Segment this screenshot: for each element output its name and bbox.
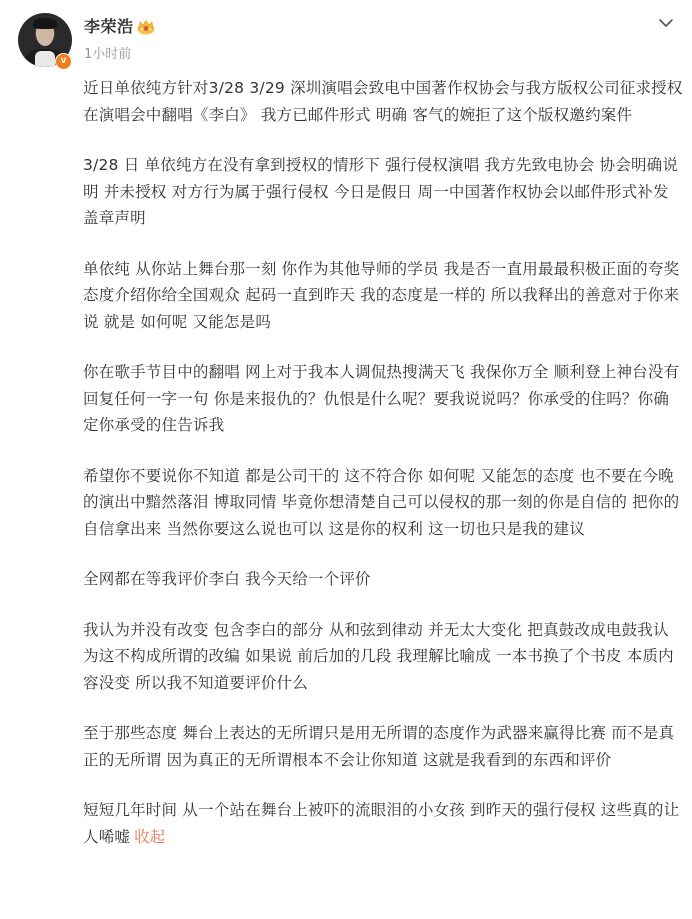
post-paragraph-1: 近日单依纯方针对3/28 3/29 深圳演唱会致电中国著作权协会与我方版权公司征…	[83, 75, 683, 128]
avatar-shirt	[35, 51, 55, 67]
author-name[interactable]: 李荣浩	[84, 16, 134, 38]
post-paragraph-6: 全网都在等我评价李白 我今天给一个评价	[83, 566, 683, 593]
post-paragraph-9-text: 短短几年时间 从一个站在舞台上被吓的流眼泪的小女孩 到昨天的强行侵权 这些真的让…	[83, 801, 679, 846]
post-paragraph-5: 希望你不要说你不知道 都是公司干的 这不符合你 如何呢 又能怎的态度 也不要在今…	[83, 463, 683, 543]
post-timestamp: 1小时前	[84, 46, 131, 64]
crown-icon	[136, 19, 156, 35]
post-paragraph-2: 3/28 日 单依纯方在没有拿到授权的情形下 强行侵权演唱 我方先致电协会 协会…	[83, 152, 683, 232]
avatar-hair	[33, 18, 57, 29]
verified-v-icon: v	[55, 53, 72, 70]
post-header: v 李荣浩 1小时前	[0, 0, 692, 75]
post-paragraph-7: 我认为并没有改变 包含李白的部分 从和弦到律动 并无太大变化 把真鼓改成电鼓我认…	[83, 617, 683, 697]
post-paragraph-8: 至于那些态度 舞台上表达的无所谓只是用无所谓的态度作为武器来赢得比赛 而不是真正…	[83, 720, 683, 773]
post-body: 近日单依纯方针对3/28 3/29 深圳演唱会致电中国著作权协会与我方版权公司征…	[83, 75, 683, 874]
post-paragraph-9: 短短几年时间 从一个站在舞台上被吓的流眼泪的小女孩 到昨天的强行侵权 这些真的让…	[83, 797, 683, 850]
post-paragraph-3: 单依纯 从你站上舞台那一刻 你作为其他导师的学员 我是否一直用最最积极正面的夸奖…	[83, 256, 683, 336]
collapse-link[interactable]: 收起	[134, 828, 165, 846]
post-paragraph-4: 你在歌手节目中的翻唱 网上对于我本人调侃热搜满天飞 我保你万全 顺利登上神台没有…	[83, 359, 683, 439]
author-avatar-container[interactable]: v	[18, 13, 72, 67]
chevron-down-icon[interactable]	[657, 17, 675, 29]
